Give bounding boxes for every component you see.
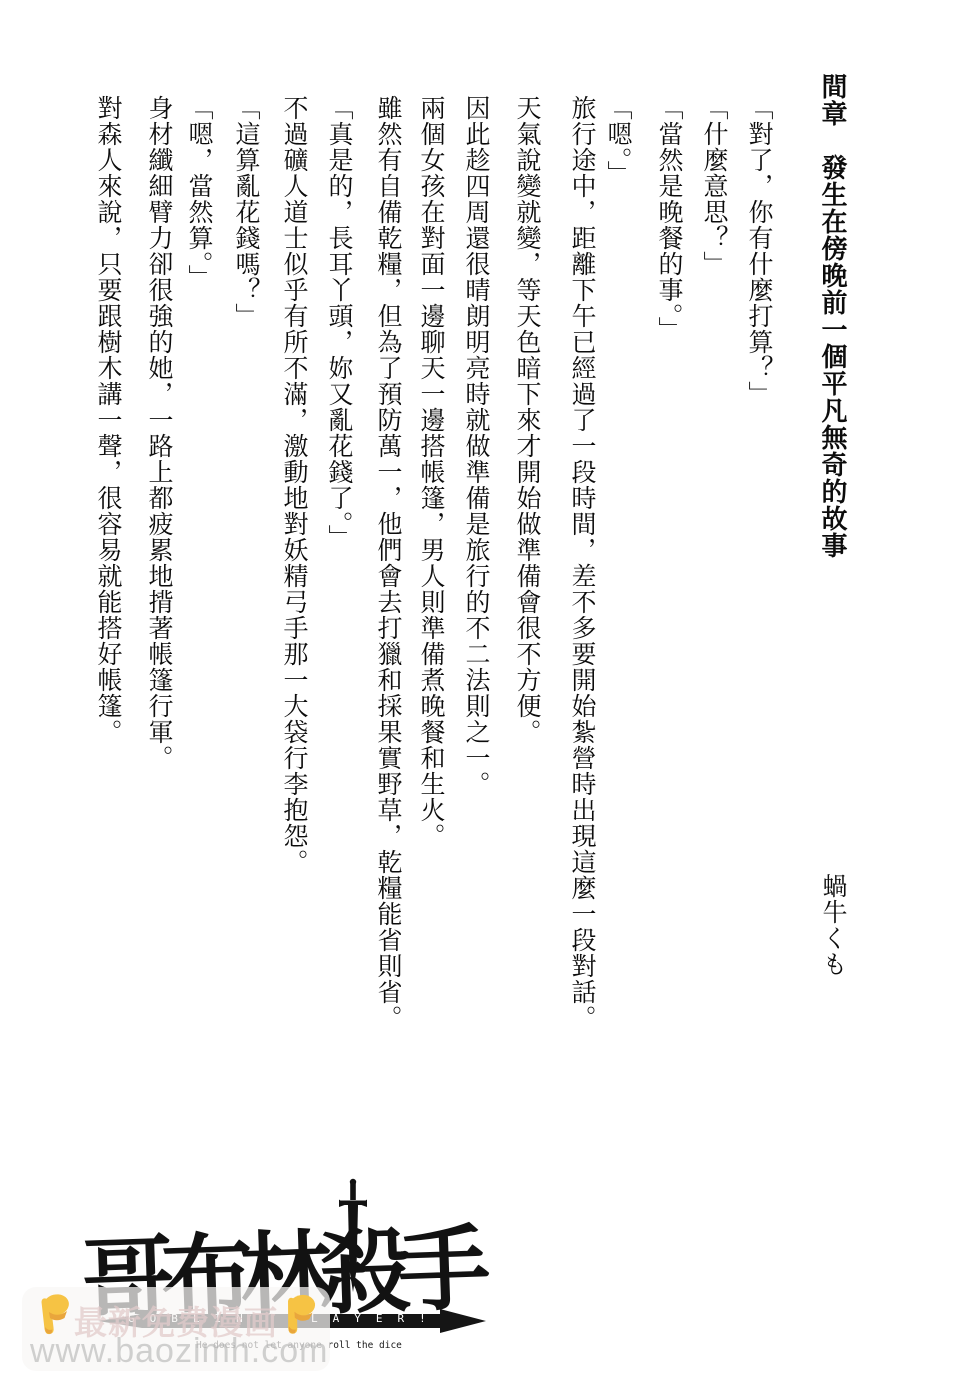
narration-line: 身材纖細臂力卻很強的她，一路上都疲累地揹著帳篷行軍。: [141, 95, 175, 771]
narration-line: 不過礦人道士似乎有所不滿，激動地對妖精弓手那一大袋行李抱怨。: [276, 95, 310, 875]
narration-line: 對森人來說，只要跟樹木講一聲，很容易就能搭好帳篷。: [90, 95, 124, 745]
chapter-title: 間章 發生在傍晚前一個平凡無奇的故事: [815, 73, 849, 559]
narration-line: 雖然有自備乾糧，但為了預防萬一，他們會去打獵和採果實野草，乾糧能省則省。: [370, 95, 404, 1031]
narration-line: 兩個女孩在對面一邊聊天一邊搭帳篷，男人則準備煮晚餐和生火。: [413, 95, 447, 849]
dialogue-line: 「嗯，當然算。」: [181, 95, 215, 291]
dialogue-line: 「當然是晚餐的事。」: [651, 95, 685, 343]
pointing-hand-icon: [276, 1289, 317, 1342]
dialogue-line: 「真是的，長耳丫頭，妳又亂花錢了。」: [321, 95, 355, 551]
dialogue-line: 「這算亂花錢嗎？」: [228, 95, 262, 329]
dialogue-line: 「對了，你有什麼打算？」: [741, 95, 775, 407]
pointing-hand-icon: [34, 1291, 70, 1341]
dialogue-line: 「嗯。」: [600, 95, 634, 187]
narration-line: 因此趁四周還很晴朗明亮時就做準備是旅行的不二法則之一。: [458, 95, 492, 797]
narration-line: 天氣說變就變，等天色暗下來才開始做準備會很不方便。: [509, 95, 543, 745]
novel-page: 間章 發生在傍晚前一個平凡無奇的故事 蝸牛くも 「對了，你有什麼打算？」 「什麼…: [0, 0, 980, 1395]
narration-line: 旅行途中，距離下午已經過了一段時間，差不多要開始紮營時出現這麼一段對話。: [564, 95, 598, 1031]
author-name: 蝸牛くも: [815, 873, 849, 977]
dialogue-line: 「什麼意思？」: [696, 95, 730, 277]
